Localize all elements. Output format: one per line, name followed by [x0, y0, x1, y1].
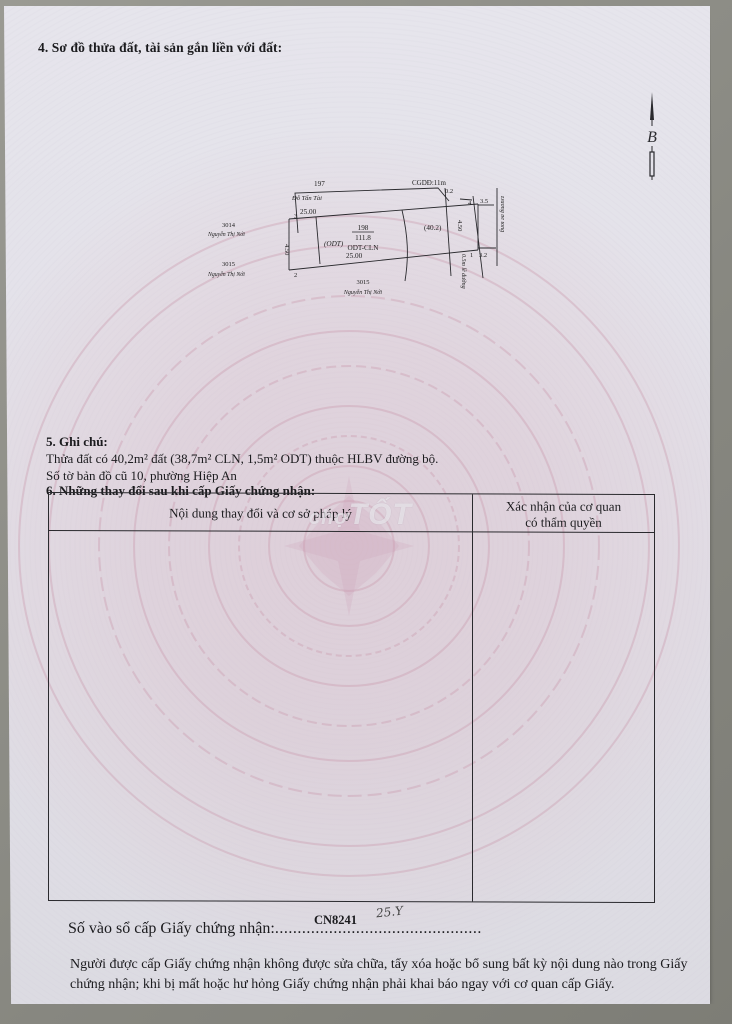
roadside-label: 0.5m lề đường — [460, 254, 467, 289]
edge-right-length: 4.50 — [456, 220, 463, 231]
north-label: B — [647, 129, 657, 146]
road-name: Đường bê tông — [499, 195, 504, 232]
parcel-diagram: 197 Đỗ Tấn Tài CGDĐ:11m 0.2 4 3.5 25.00 … — [204, 166, 504, 301]
zone-hlbv-area: (40.2) — [424, 224, 442, 232]
column-header-confirmation: Xác nhận của cơ quan có thẩm quyền — [473, 498, 654, 531]
parcel-number: 198 — [358, 224, 369, 232]
legal-warning: Người được cấp Giấy chứng nhận không đượ… — [70, 955, 690, 995]
road-width-top: 3.5 — [480, 198, 488, 205]
section-4-heading: 4. Sơ đồ thửa đất, tài sản gắn liền với … — [38, 40, 282, 56]
certificate-page: 4. Sơ đồ thửa đất, tài sản gắn liền với … — [4, 6, 710, 1004]
handwritten-annotation: 25.Y — [375, 904, 403, 921]
offset-label: 0.2 — [445, 188, 453, 195]
road-width-bottom: 3.2 — [479, 252, 487, 259]
neighbor-3015-left-number: 3015 — [222, 261, 235, 268]
neighbor-3014-number: 3014 — [222, 222, 236, 229]
column-divider — [472, 494, 473, 901]
note-line-2: Số tờ bản đồ cũ 10, phường Hiệp An — [46, 467, 438, 484]
corner-2: 2 — [294, 272, 297, 279]
registry-code: CN8241 — [314, 913, 357, 928]
neighbor-197-owner: Đỗ Tấn Tài — [291, 195, 322, 202]
zone-odt-label: (ODT) — [324, 240, 344, 248]
neighbor-3015-left-owner: Nguyễn Thị Nới — [207, 271, 245, 278]
neighbor-197-number: 197 — [314, 180, 325, 188]
neighbor-3015-bottom-owner: Nguyễn Thị Nới — [343, 289, 383, 296]
parcel-use: ODT-CLN — [348, 244, 380, 252]
corner-4: 4 — [468, 200, 472, 207]
edge-left-length: 4.50 — [283, 244, 290, 255]
notes-section: 5. Ghi chú: Thửa đất có 40,2m² đất (38,7… — [46, 433, 438, 484]
neighbor-3014-owner: Nguyễn Thị Nới — [207, 231, 245, 238]
registry-number-line: Số vào sổ cấp Giấy chứng nhận:..........… — [68, 920, 482, 938]
edge-bottom-length: 25.00 — [346, 252, 363, 260]
parcel-area: 111.8 — [355, 234, 371, 242]
neighbor-3015-bottom-number: 3015 — [357, 279, 370, 286]
corner-3: 3 — [294, 213, 297, 220]
note-line-1: Thửa đất có 40,2m² đất (38,7m² CLN, 1,5m… — [46, 450, 438, 467]
cgdd-label: CGDĐ:11m — [412, 179, 447, 187]
north-arrow-icon: B — [640, 92, 664, 182]
edge-top-length: 25.00 — [300, 208, 317, 216]
corner-1: 1 — [470, 252, 473, 259]
section-5-heading: 5. Ghi chú: — [46, 433, 438, 450]
chotot-watermark: chợTỐT — [309, 498, 412, 532]
changes-table: Nội dung thay đổi và cơ sở pháp lý Xác n… — [48, 492, 655, 903]
registry-label: Số vào sổ cấp Giấy chứng nhận: — [68, 920, 275, 937]
